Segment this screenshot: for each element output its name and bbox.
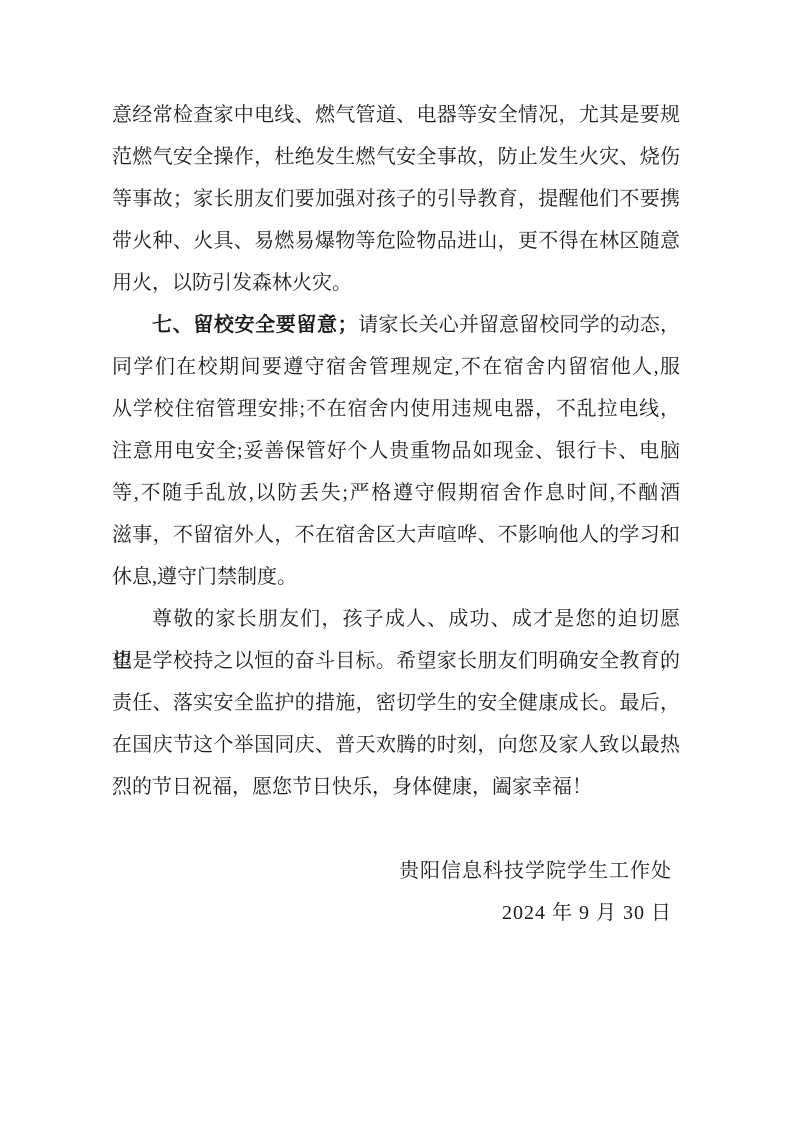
document-page: 意经常检查家中电线、燃气管道、电器等安全情况，尤其是要规范燃气安全操作，杜绝发生… (0, 0, 793, 1122)
body-line: 滋事，不留宿外人，不在宿舍区大声喧哗、不影响他人的学习和 (112, 514, 680, 556)
body-line: 尊敬的家长朋友们，孩子成人、成功、成才是您的迫切愿望， (112, 598, 680, 640)
body-line: 烈的节日祝福，愿您节日快乐，身体健康，阖家幸福！ (112, 766, 680, 808)
body-line: 注意用电安全;妥善保管好个人贵重物品如现金、银行卡、电脑 (112, 430, 680, 472)
body-line: 也是学校持之以恒的奋斗目标。希望家长朋友们明确安全教育的 (112, 640, 680, 682)
body-line: 等事故；家长朋友们要加强对孩子的引导教育，提醒他们不要携 (112, 178, 680, 220)
body-line: 带火种、火具、易燃易爆物等危险物品进山，更不得在林区随意 (112, 220, 680, 262)
body-line: 从学校住宿管理安排;不在宿舍内使用违规电器，不乱拉电线， (112, 388, 680, 430)
body-line: 责任、落实安全监护的措施，密切学生的安全健康成长。最后， (112, 682, 680, 724)
body-line: 在国庆节这个举国同庆、普天欢腾的时刻，向您及家人致以最热 (112, 724, 680, 766)
body-line: 等,不随手乱放,以防丢失;严格遵守假期宿舍作息时间,不酗酒 (112, 472, 680, 514)
body-line: 用火，以防引发森林火灾。 (112, 262, 680, 304)
signature-date: 2024 年 9 月 30 日 (112, 892, 672, 934)
body-line: 同学们在校期间要遵守宿舍管理规定,不在宿舍内留宿他人,服 (112, 346, 680, 388)
body-line: 范燃气安全操作，杜绝发生燃气安全事故，防止发生火灾、烧伤 (112, 136, 680, 178)
signature-block: 贵阳信息科技学院学生工作处 2024 年 9 月 30 日 (112, 850, 680, 934)
letter-body: 意经常检查家中电线、燃气管道、电器等安全情况，尤其是要规范燃气安全操作，杜绝发生… (112, 94, 680, 808)
body-line: 意经常检查家中电线、燃气管道、电器等安全情况，尤其是要规 (112, 94, 680, 136)
signature-org: 贵阳信息科技学院学生工作处 (112, 850, 672, 892)
body-line-section-start: 七、留校安全要留意；请家长关心并留意留校同学的动态， (112, 304, 680, 346)
section-heading-bold: 七、留校安全要留意； (152, 314, 358, 336)
body-line: 休息,遵守门禁制度。 (112, 556, 680, 598)
